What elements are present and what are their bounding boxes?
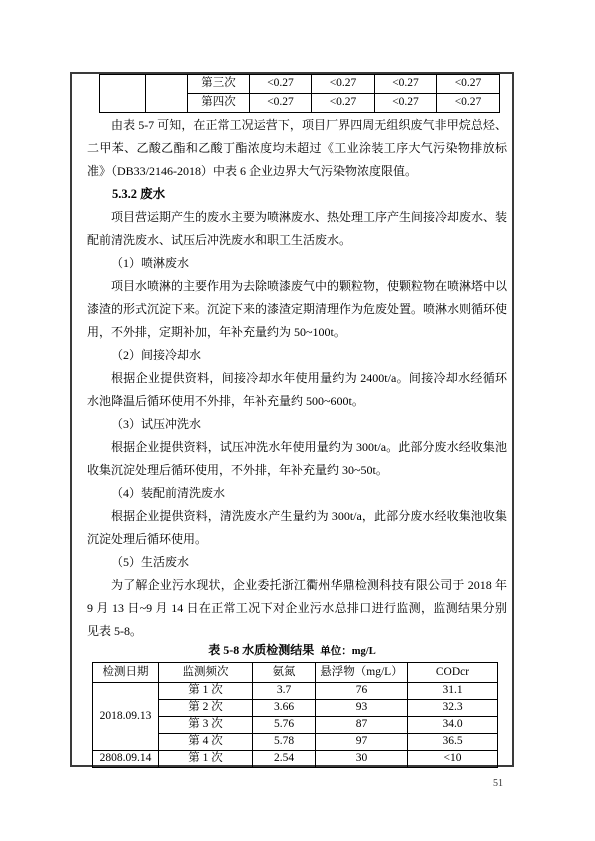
date-cell: 2808.09.14 bbox=[93, 751, 159, 768]
frequency-cell: 第 4 次 bbox=[159, 734, 253, 751]
value-cell: 31.1 bbox=[408, 683, 498, 700]
header-cell: 悬浮物（mg/L） bbox=[316, 663, 408, 683]
value-cell: 97 bbox=[316, 734, 408, 751]
header-cell: 氨氮 bbox=[253, 663, 316, 683]
paragraph: 由表 5-7 可知，在正常工况运营下，项目厂界四周无组织废气非甲烷总烃、二甲苯、… bbox=[87, 114, 507, 183]
body-text: 由表 5-7 可知，在正常工况运营下，项目厂界四周无组织废气非甲烷总烃、二甲苯、… bbox=[72, 113, 512, 643]
continuation-table: 第三次 <0.27 <0.27 <0.27 <0.27 第四次 <0.27 <0… bbox=[99, 74, 500, 113]
header-cell: 监测频次 bbox=[159, 663, 253, 683]
date-cell: 2018.09.13 bbox=[93, 683, 159, 751]
value-cell: 3.7 bbox=[253, 683, 316, 700]
frequency-cell: 第 1 次 bbox=[159, 683, 253, 700]
value-cell: 2.54 bbox=[253, 751, 316, 768]
value-cell: <10 bbox=[408, 751, 498, 768]
table-title: 表 5-8 水质检测结果单位：mg/L bbox=[72, 643, 512, 659]
value-cell: 76 bbox=[316, 683, 408, 700]
frequency-cell: 第 1 次 bbox=[159, 751, 253, 768]
page-number: 51 bbox=[493, 778, 503, 789]
paragraph: 根据企业提供资料，间接冷却水年使用量约为 2400t/a。间接冷却水经循环水池降… bbox=[87, 367, 507, 413]
value-cell: 93 bbox=[316, 700, 408, 717]
value-cell: <0.27 bbox=[437, 94, 500, 113]
value-cell: 3.66 bbox=[253, 700, 316, 717]
table-row: 2808.09.14 第 1 次 2.54 30 <10 bbox=[93, 751, 498, 768]
value-cell: <0.27 bbox=[250, 94, 312, 113]
header-cell: 检测日期 bbox=[93, 663, 159, 683]
value-cell: 5.78 bbox=[253, 734, 316, 751]
empty-cell bbox=[100, 75, 146, 113]
paragraph: 根据企业提供资料，清洗废水产生量约为 300t/a，此部分废水经收集池收集沉淀处… bbox=[87, 505, 507, 551]
table-header-row: 检测日期 监测频次 氨氮 悬浮物（mg/L） CODcr bbox=[93, 663, 498, 683]
water-quality-table-block: 表 5-8 水质检测结果单位：mg/L 检测日期 监测频次 氨氮 悬浮物（mg/… bbox=[72, 643, 512, 768]
paragraph: 项目营运期产生的废水主要为喷淋废水、热处理工序产生间接冷却废水、装配前清洗废水、… bbox=[87, 206, 507, 252]
empty-cell bbox=[146, 75, 188, 113]
value-cell: 5.76 bbox=[253, 717, 316, 734]
list-item: （4）装配前清洗废水 bbox=[87, 482, 507, 505]
value-cell: 32.3 bbox=[408, 700, 498, 717]
section-heading: 5.3.2 废水 bbox=[87, 183, 507, 206]
list-item: （3）试压冲洗水 bbox=[87, 413, 507, 436]
value-cell: <0.27 bbox=[437, 75, 500, 94]
value-cell: <0.27 bbox=[375, 75, 437, 94]
value-cell: <0.27 bbox=[312, 75, 375, 94]
list-item: （2）间接冷却水 bbox=[87, 344, 507, 367]
value-cell: 36.5 bbox=[408, 734, 498, 751]
list-item: （1）喷淋废水 bbox=[87, 252, 507, 275]
frequency-cell: 第四次 bbox=[188, 94, 250, 113]
water-quality-table: 检测日期 监测频次 氨氮 悬浮物（mg/L） CODcr 2018.09.13 … bbox=[92, 662, 498, 768]
table-unit-label: 单位：mg/L bbox=[320, 646, 375, 657]
value-cell: 34.0 bbox=[408, 717, 498, 734]
value-cell: <0.27 bbox=[375, 94, 437, 113]
content-frame: 第三次 <0.27 <0.27 <0.27 <0.27 第四次 <0.27 <0… bbox=[70, 72, 514, 767]
value-cell: <0.27 bbox=[250, 75, 312, 94]
document-page: 第三次 <0.27 <0.27 <0.27 <0.27 第四次 <0.27 <0… bbox=[0, 0, 595, 841]
header-cell: CODcr bbox=[408, 663, 498, 683]
table-row: 2018.09.13 第 1 次 3.7 76 31.1 bbox=[93, 683, 498, 700]
list-item: （5）生活废水 bbox=[87, 551, 507, 574]
frequency-cell: 第三次 bbox=[188, 75, 250, 94]
frequency-cell: 第 3 次 bbox=[159, 717, 253, 734]
value-cell: 87 bbox=[316, 717, 408, 734]
frequency-cell: 第 2 次 bbox=[159, 700, 253, 717]
paragraph: 为了解企业污水现状，企业委托浙江衢州华鼎检测科技有限公司于 2018 年 9 月… bbox=[87, 574, 507, 643]
value-cell: 30 bbox=[316, 751, 408, 768]
table-row: 第三次 <0.27 <0.27 <0.27 <0.27 bbox=[100, 75, 500, 94]
paragraph: 项目水喷淋的主要作用为去除喷漆废气中的颗粒物，使颗粒物在喷淋塔中以漆渣的形式沉淀… bbox=[87, 275, 507, 344]
value-cell: <0.27 bbox=[312, 94, 375, 113]
table-title-text: 表 5-8 水质检测结果 bbox=[208, 643, 314, 657]
paragraph: 根据企业提供资料，试压冲洗水年使用量约为 300t/a。此部分废水经收集池收集沉… bbox=[87, 436, 507, 482]
